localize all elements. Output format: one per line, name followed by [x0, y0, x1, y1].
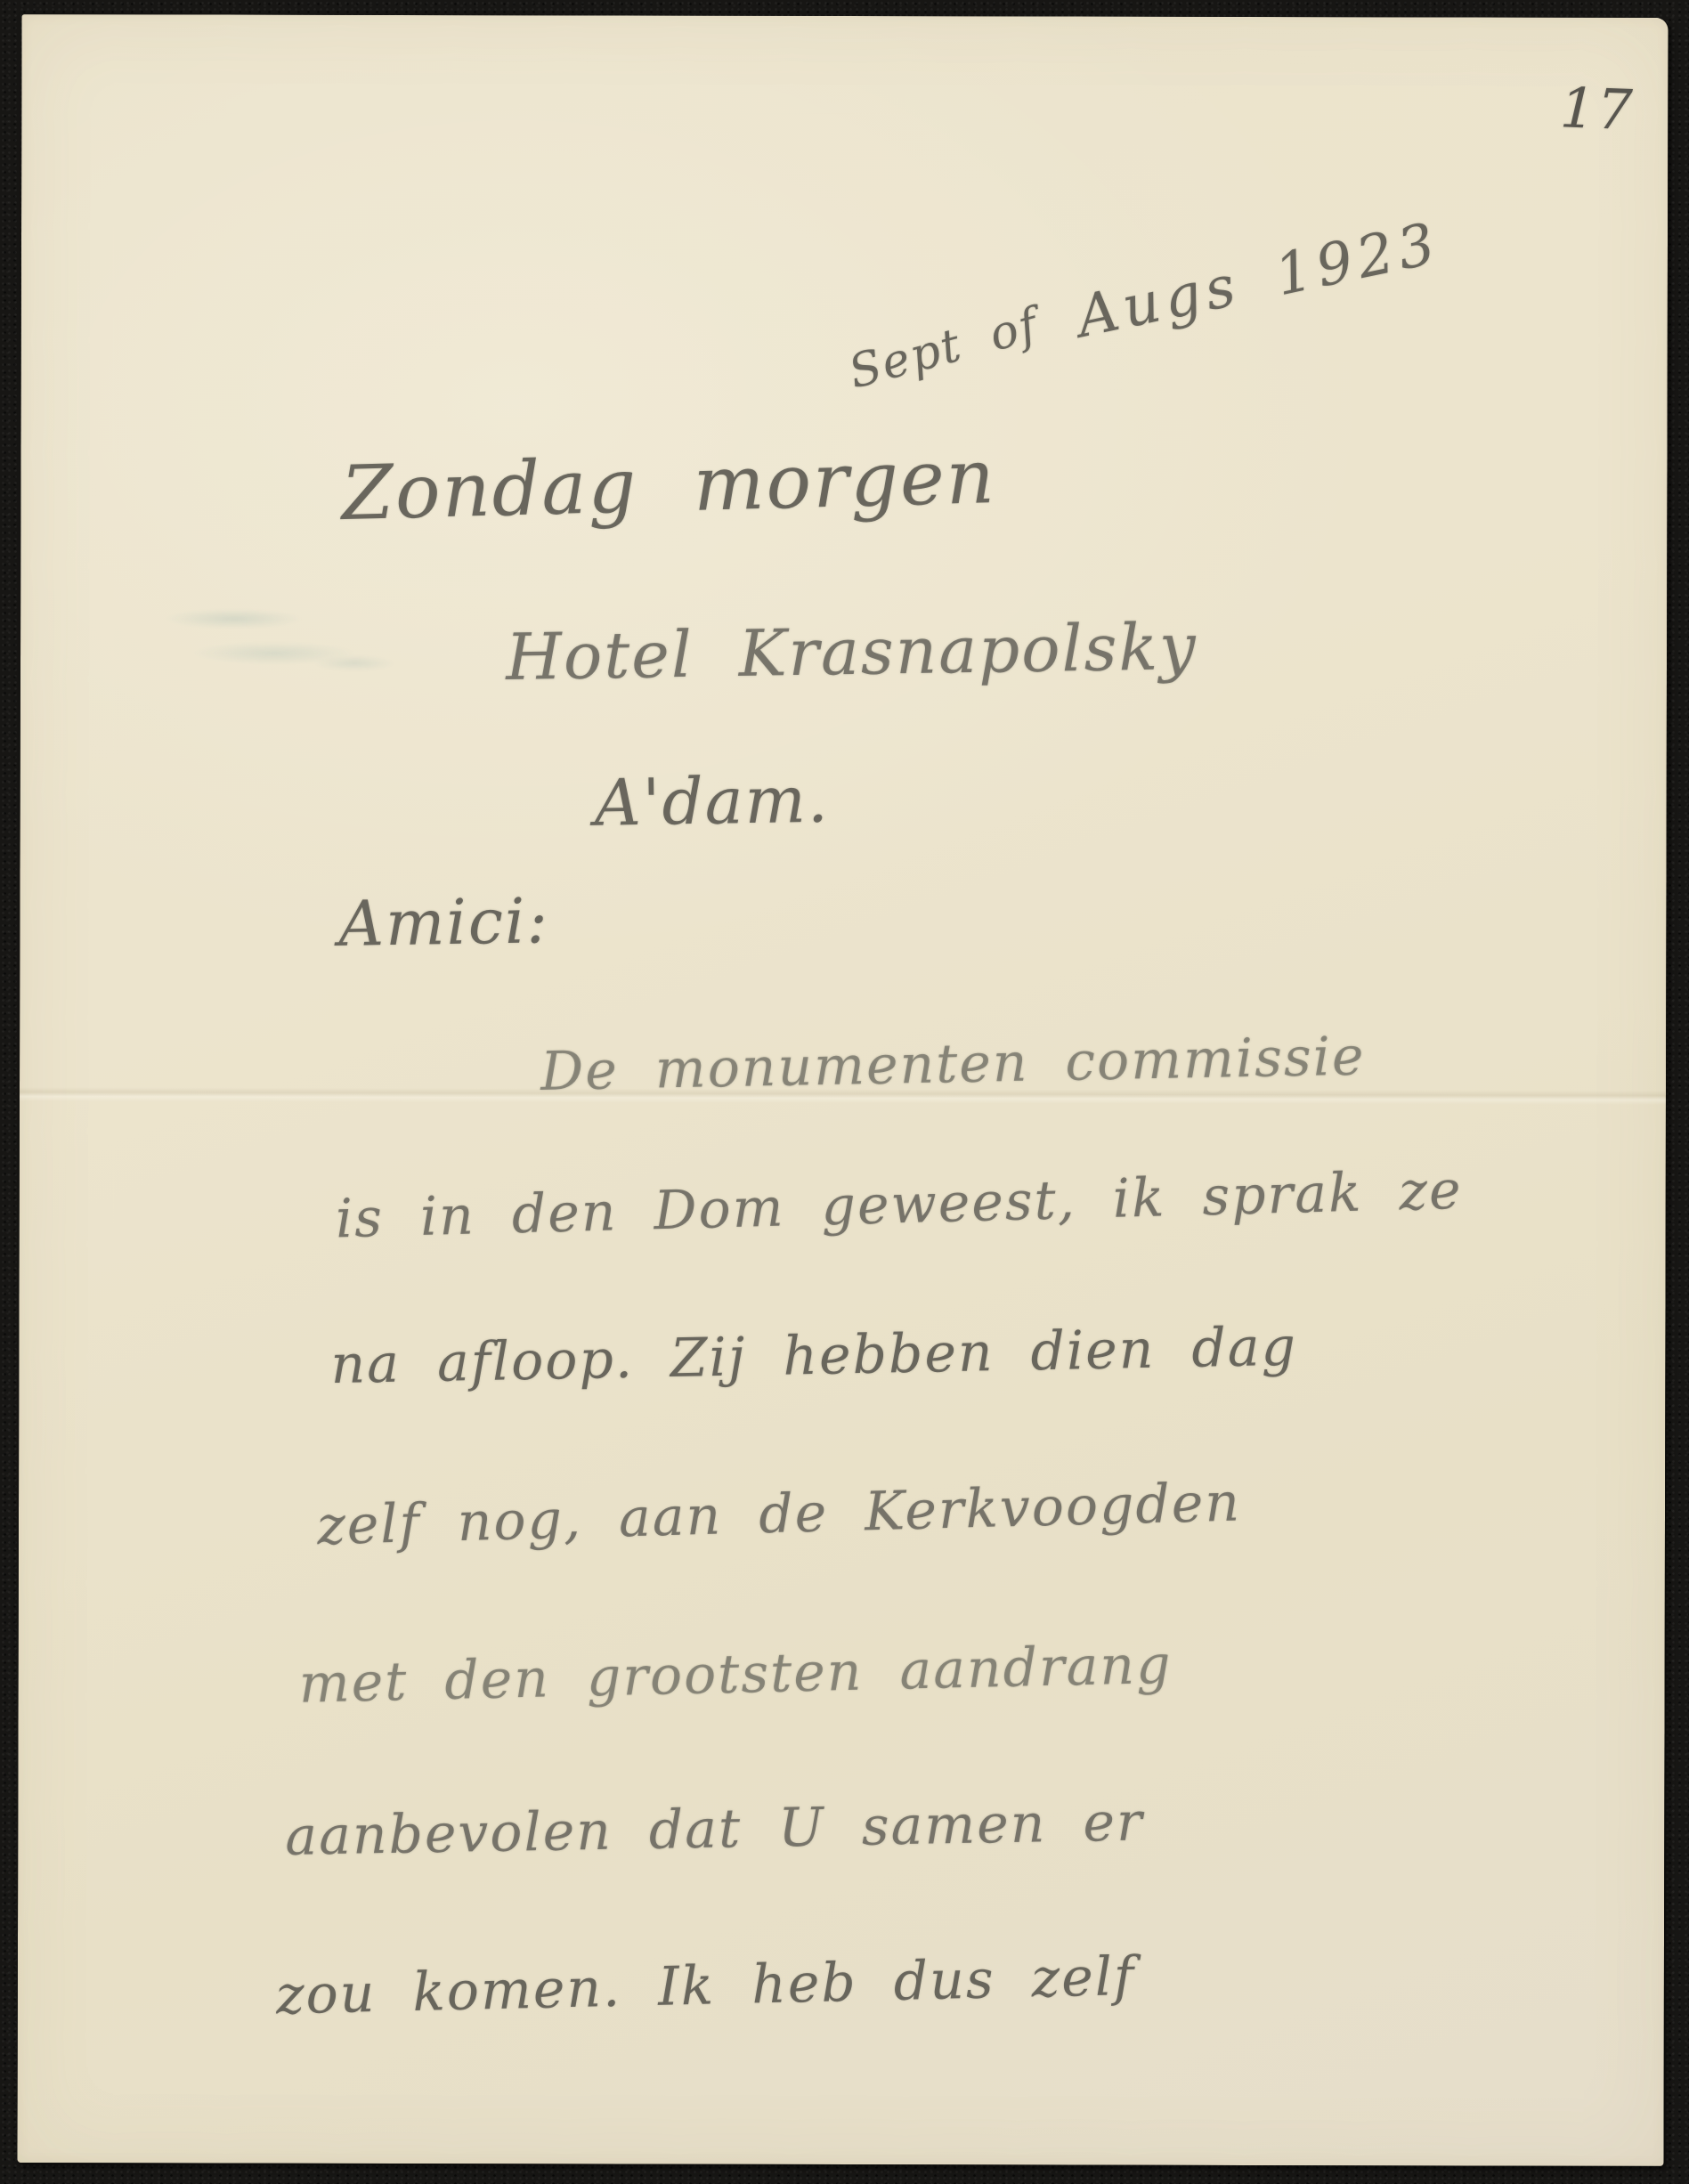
page-number: 17	[1559, 75, 1636, 142]
letter-body-line: aanbevolen dat U samen er	[285, 1790, 1144, 1867]
date-annotation: Sept of Augs 1923	[839, 220, 1445, 378]
heading-hotel-line: Hotel Krasnapolsky	[505, 609, 1198, 694]
date-prefix: Sept of	[843, 298, 1044, 400]
ink-smudge	[127, 584, 394, 683]
heading-day-line: Zondag morgen	[340, 433, 997, 537]
letter-body-line: met den grootsten aandrang	[298, 1634, 1173, 1716]
salutation: Amici:	[338, 884, 550, 961]
letter-body-line: na afloop. Zij hebben dien dag	[330, 1316, 1298, 1396]
letter-paper: 17 Sept of Augs 1923 Zondag morgen Hotel…	[17, 14, 1668, 2166]
letter-body-line: zou komen. Ik heb dus zelf	[275, 1945, 1136, 2027]
letter-body-line: is in den Dom geweest, ik sprak ze	[335, 1159, 1463, 1251]
letter-body-line: De monumenten commissie	[540, 1026, 1366, 1103]
letter-body-line: zelf nog, aan de Kerkvoogden	[316, 1471, 1241, 1557]
date-main: Augs 1923	[1071, 210, 1446, 351]
scan-background: 17 Sept of Augs 1923 Zondag morgen Hotel…	[0, 0, 1689, 2184]
heading-city-line: A'dam.	[594, 762, 830, 840]
